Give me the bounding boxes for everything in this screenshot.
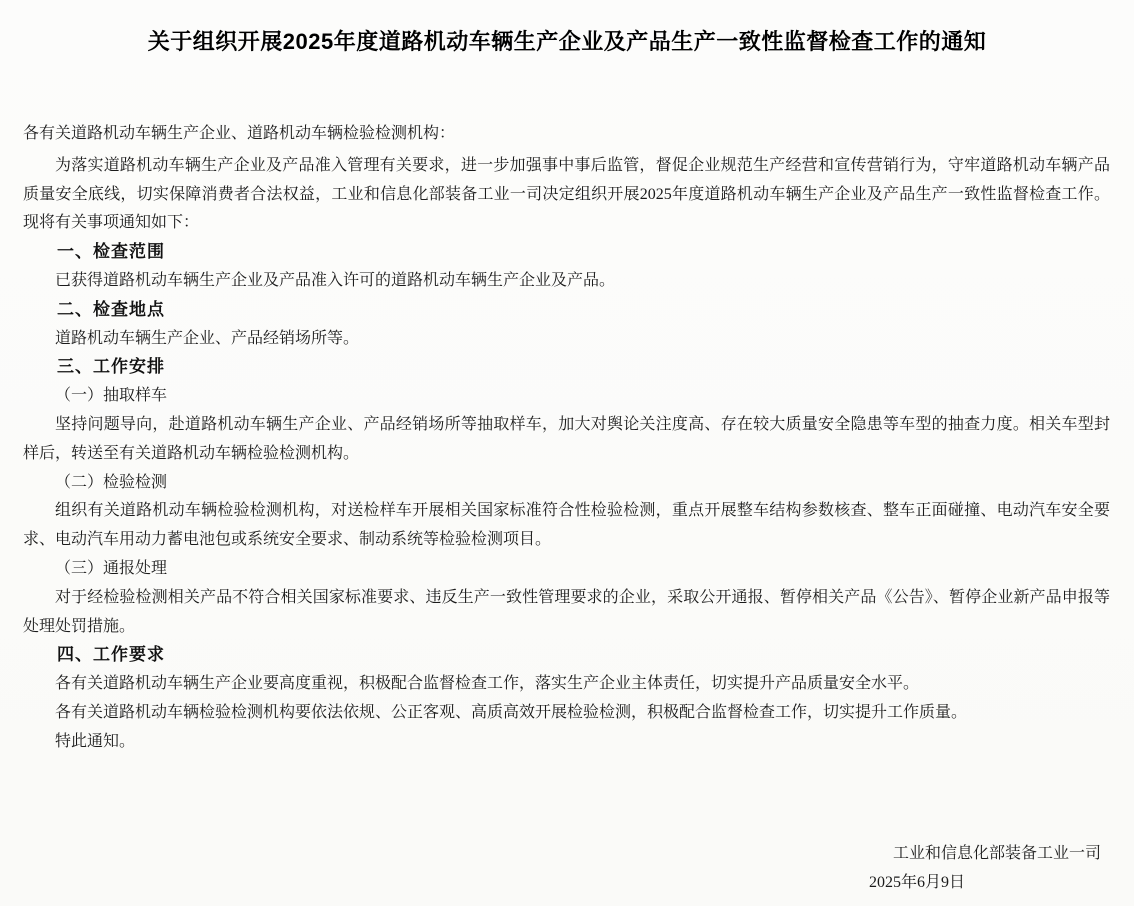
closing-line: 特此通知。 <box>23 728 1110 757</box>
section-3-heading: 三、工作安排 <box>23 353 1110 382</box>
section-3-sub-2-paragraph: 组织有关道路机动车辆检验检测机构，对送检样车开展相关国家标准符合性检验检测，重点… <box>23 497 1110 555</box>
section-2-paragraph: 道路机动车辆生产企业、产品经销场所等。 <box>23 325 1110 354</box>
section-3-sub-1-paragraph: 坚持问题导向，赴道路机动车辆生产企业、产品经销场所等抽取样车，加大对舆论关注度高… <box>23 411 1110 469</box>
section-4-heading: 四、工作要求 <box>23 641 1110 670</box>
section-1-heading: 一、检查范围 <box>23 238 1110 267</box>
intro-paragraph: 为落实道路机动车辆生产企业及产品准入管理有关要求，进一步加强事中事后监管，督促企… <box>23 152 1110 238</box>
section-3-sub-3-paragraph: 对于经检验检测相关产品不符合相关国家标准要求、违反生产一致性管理要求的企业，采取… <box>23 584 1110 642</box>
signature-organization: 工业和信息化部装备工业一司 <box>893 842 1101 866</box>
section-2-heading: 二、检查地点 <box>23 296 1110 325</box>
document-page: 关于组织开展2025年度道路机动车辆生产企业及产品生产一致性监督检查工作的通知 … <box>0 0 1134 906</box>
section-4-paragraph-1: 各有关道路机动车辆生产企业要高度重视，积极配合监督检查工作，落实生产企业主体责任… <box>23 670 1110 699</box>
document-title: 关于组织开展2025年度道路机动车辆生产企业及产品生产一致性监督检查工作的通知 <box>0 0 1134 56</box>
signature-date: 2025年6月9日 <box>869 871 965 895</box>
section-3-sub-3-heading: （三）通报处理 <box>23 555 1110 584</box>
section-1-paragraph: 已获得道路机动车辆生产企业及产品准入许可的道路机动车辆生产企业及产品。 <box>23 267 1110 296</box>
section-4-paragraph-2: 各有关道路机动车辆检验检测机构要依法依规、公正客观、高质高效开展检验检测，积极配… <box>23 699 1110 728</box>
section-3-sub-2-heading: （二）检验检测 <box>23 469 1110 498</box>
section-3-sub-1-heading: （一）抽取样车 <box>23 382 1110 411</box>
salutation-line: 各有关道路机动车辆生产企业、道路机动车辆检验检测机构： <box>23 120 1110 149</box>
document-body: 各有关道路机动车辆生产企业、道路机动车辆检验检测机构： 为落实道路机动车辆生产企… <box>0 56 1134 757</box>
